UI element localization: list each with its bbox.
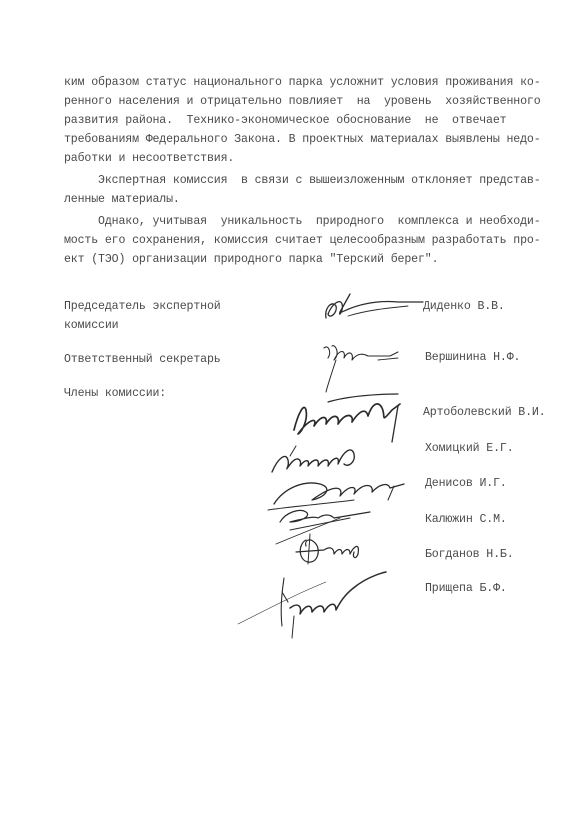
chairman-label: Председатель экспертной: [64, 300, 221, 313]
body-line: требованиям Федерального Закона. В проек…: [64, 133, 541, 147]
signatory-name-artobolevsky: Артоболевский В.И.: [423, 406, 546, 419]
signatory-name-denisov: Денисов И.Г.: [425, 477, 507, 490]
body-line: мость его сохранения, комиссия считает ц…: [64, 234, 541, 248]
body-line: развития района. Технико-экономическое о…: [64, 114, 506, 128]
members-label: Члены комиссии:: [64, 387, 166, 400]
signatory-name-khomitsky: Хомицкий Е.Г.: [425, 442, 514, 455]
signature-artobolevsky-icon: [288, 390, 428, 445]
signatory-name-prishchepa: Прищепа Б.Ф.: [425, 582, 507, 595]
body-line: ект (ТЭО) организации природного парка "…: [64, 253, 438, 267]
chairman-label-cont: комиссии: [64, 319, 118, 332]
signatory-name-didenko: Диденко В.В.: [423, 300, 505, 313]
signature-prishchepa-icon: [236, 562, 416, 642]
body-line: работки и несоответствия.: [64, 152, 234, 166]
signatory-name-kalyuzhin: Калюжин С.М.: [425, 513, 507, 526]
signatory-name-vershinina: Вершинина Н.Ф.: [425, 351, 520, 364]
signature-didenko-icon: [318, 290, 428, 330]
signatory-name-bogdanov: Богданов Н.Б.: [425, 548, 514, 561]
body-line: ренного населения и отрицательно повлияе…: [64, 95, 541, 109]
body-line: ленные материалы.: [64, 193, 180, 207]
secretary-label: Ответственный секретарь: [64, 353, 221, 366]
body-line: Однако, учитывая уникальность природного…: [64, 215, 541, 229]
body-line: Экспертная комиссия в связи с вышеизложе…: [64, 174, 541, 188]
body-line: ким образом статус национального парка у…: [64, 76, 541, 90]
